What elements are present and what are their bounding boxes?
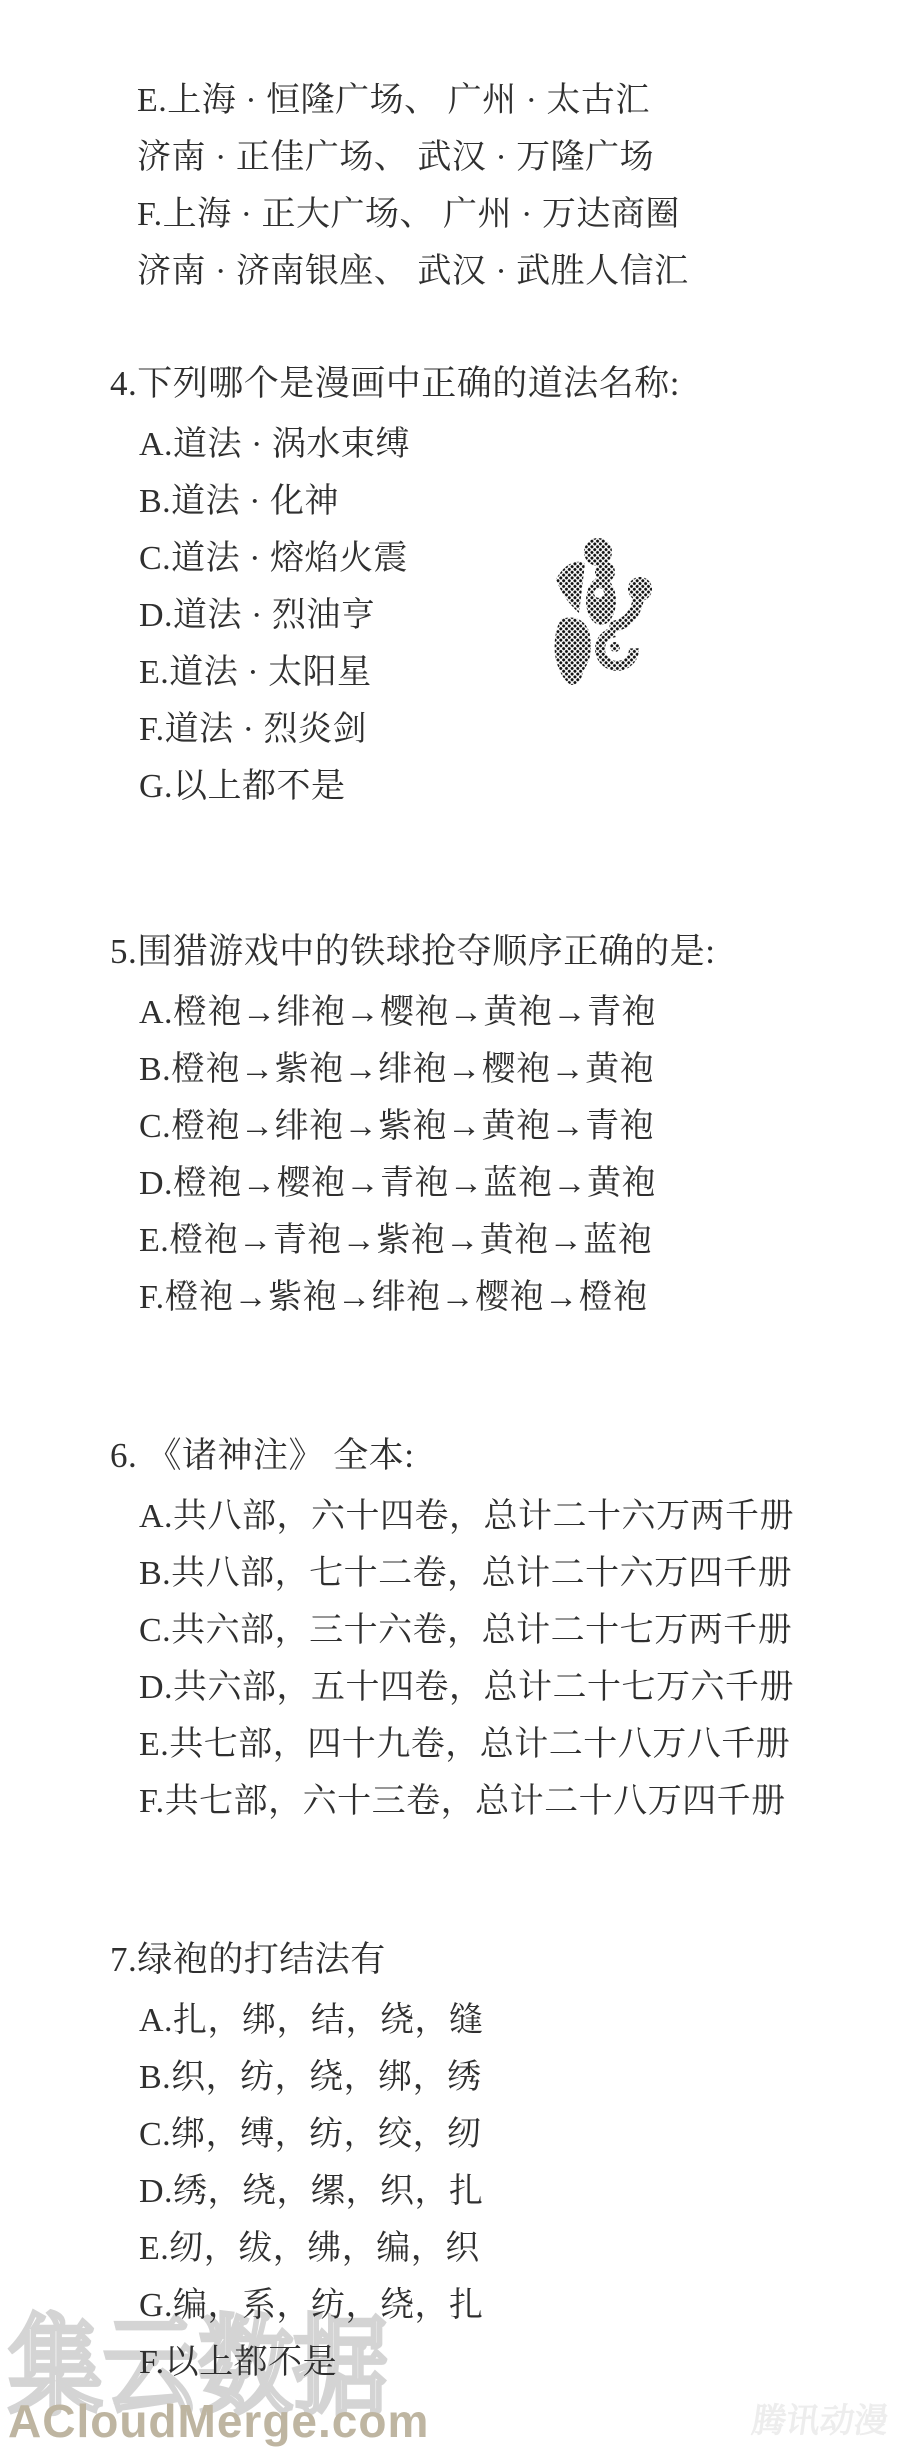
question-5: 5.围猎游戏中的铁球抢夺顺序正确的是: A.橙袍→绯袍→樱袍→黄袍→青袍 B.橙… bbox=[139, 920, 715, 1326]
question-3-continuation-options: E.上海 · 恒隆广场、 广州 · 太古汇 济南 · 正佳广场、 武汉 · 万隆… bbox=[137, 72, 689, 300]
option-line: A.橙袍→绯袍→樱袍→黄袍→青袍 bbox=[139, 984, 715, 1041]
option-line: D.橙袍→樱袍→青袍→蓝袍→黄袍 bbox=[139, 1155, 715, 1212]
option-line: D.绣，绕，缧，织，扎 bbox=[139, 2163, 484, 2220]
option-line: C.道法 · 熔焰火震 bbox=[139, 530, 680, 587]
watermark-tencent-comics-logo: 腾讯动漫 bbox=[749, 2399, 891, 2443]
option-line: B.道法 · 化神 bbox=[139, 473, 680, 530]
question-7: 7.绿袍的打结法有 A.扎，绑，结，绕，缝 B.织，纺，绕，绑，绣 C.绑，缚，… bbox=[139, 1928, 484, 2391]
option-line: E.共七部，四十九卷，总计二十八万八千册 bbox=[139, 1716, 794, 1773]
question-6: 6. 《诸神注》 全本: A.共八部，六十四卷，总计二十六万两千册 B.共八部，… bbox=[139, 1424, 794, 1830]
option-line: 济南 · 正佳广场、 武汉 · 万隆广场 bbox=[137, 129, 689, 186]
question-title: 6. 《诸神注》 全本: bbox=[110, 1424, 794, 1488]
option-line: B.织，纺，绕，绑，绣 bbox=[139, 2049, 484, 2106]
option-line: E.橙袍→青袍→紫袍→黄袍→蓝袍 bbox=[139, 1212, 715, 1269]
option-line: E.上海 · 恒隆广场、 广州 · 太古汇 bbox=[137, 72, 689, 129]
option-line: 济南 · 济南银座、 武汉 · 武胜人信汇 bbox=[137, 243, 689, 300]
question-title: 7.绿袍的打结法有 bbox=[110, 1928, 484, 1992]
option-line: A.道法 · 涡水束缚 bbox=[139, 416, 680, 473]
option-line: C.绑，缚，纺，绞，纫 bbox=[139, 2106, 484, 2163]
option-line: C.共六部，三十六卷，总计二十七万两千册 bbox=[139, 1602, 794, 1659]
option-line: D.道法 · 烈油亨 bbox=[139, 587, 680, 644]
question-title: 5.围猎游戏中的铁球抢夺顺序正确的是: bbox=[110, 920, 715, 984]
option-line: G.以上都不是 bbox=[139, 758, 680, 815]
option-line: F.共七部，六十三卷，总计二十八万四千册 bbox=[139, 1773, 794, 1830]
option-line: G.编，系，纺，绕，扎 bbox=[139, 2277, 484, 2334]
option-line: E.纫，绂，绋，编，织 bbox=[139, 2220, 484, 2277]
option-line: F.以上都不是 bbox=[139, 2334, 484, 2391]
option-line: A.共八部，六十四卷，总计二十六万两千册 bbox=[139, 1488, 794, 1545]
option-line: B.橙袍→紫袍→绯袍→樱袍→黄袍 bbox=[139, 1041, 715, 1098]
option-line: F.上海 · 正大广场、 广州 · 万达商圈 bbox=[137, 186, 689, 243]
option-line: A.扎，绑，结，绕，缝 bbox=[139, 1992, 484, 2049]
option-line: E.道法 · 太阳星 bbox=[139, 644, 680, 701]
option-line: C.橙袍→绯袍→紫袍→黄袍→青袍 bbox=[139, 1098, 715, 1155]
option-line: D.共六部，五十四卷，总计二十七万六千册 bbox=[139, 1659, 794, 1716]
question-title: 4.下列哪个是漫画中正确的道法名称: bbox=[110, 352, 680, 416]
option-line: F.橙袍→紫袍→绯袍→樱袍→橙袍 bbox=[139, 1269, 715, 1326]
watermark-acloudmerge: ACloudMerge.com bbox=[8, 2396, 429, 2446]
option-line: B.共八部，七十二卷，总计二十六万四千册 bbox=[139, 1545, 794, 1602]
question-4: 4.下列哪个是漫画中正确的道法名称: A.道法 · 涡水束缚 B.道法 · 化神… bbox=[139, 352, 680, 815]
option-line: F.道法 · 烈炎剑 bbox=[139, 701, 680, 758]
